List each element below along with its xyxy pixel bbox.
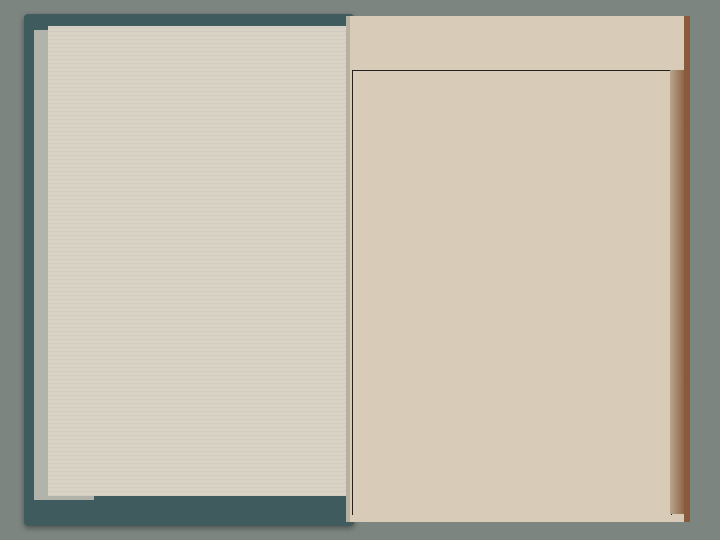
- printed-border-frame: [352, 70, 672, 515]
- page-edge-margin-text: [670, 70, 684, 514]
- book-spine: [346, 16, 350, 522]
- left-page: [48, 26, 348, 496]
